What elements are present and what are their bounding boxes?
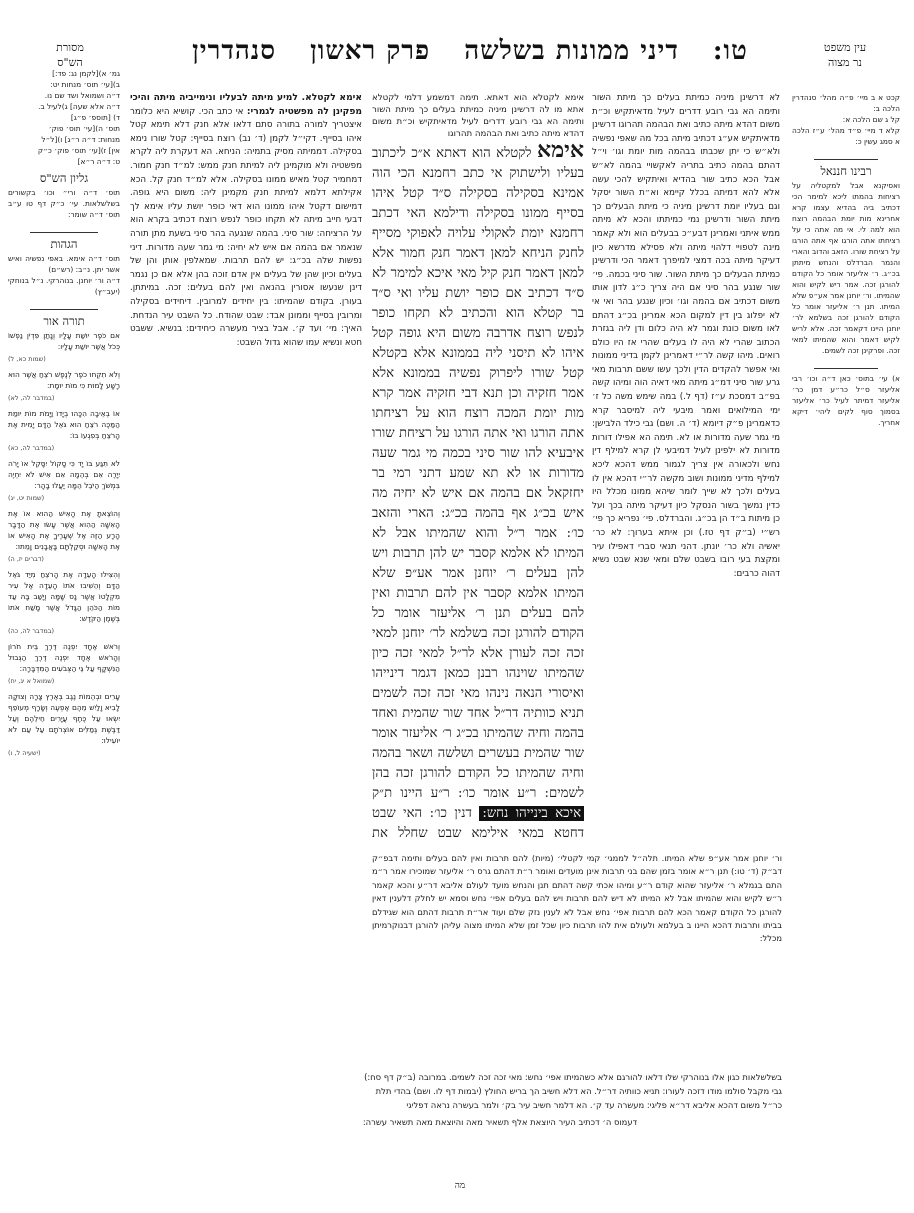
- header-ner-mitzvah: נר מצוה: [800, 55, 890, 70]
- ornament-divider: [30, 224, 97, 233]
- header-ein-mishpat: עין משפט: [800, 40, 890, 55]
- rabbeinu-chananel-title: רבינו חננאל: [792, 166, 900, 177]
- tractate-name: סנהדרין: [192, 36, 276, 66]
- perek-label: פרק ראשון: [310, 36, 430, 66]
- tosafot-text: לא דרשינן מיניה כמיתת בעלים כך מיתת השור…: [592, 92, 780, 581]
- mesoret-entry: ד״ה אלא שעה] ג)לעיל ב.: [8, 101, 120, 112]
- mesoret-entry: גמ׳ א)[לקמן נג: פד:]: [8, 68, 120, 79]
- bottom-last-line: דעמוס ה׳ דכתיב העיר היוצאת אלף תשאיר מאה…: [300, 1115, 700, 1129]
- gemara-text: אימא לקטלא הוא דאתא א״כ ליכתוב בעליו ולי…: [372, 140, 584, 840]
- torah-or-verse: עָרִים וּבְהֵמוֹת נֶגֶב בְּאֶרֶץ צָרָה ו…: [8, 691, 120, 746]
- bottom-line: כר״ל משום דהכא אליבא דר״א פליגי: מעשרה ע…: [212, 1098, 782, 1112]
- rabbeinu-chananel-text: ואסיקנא אבל למקטליה על רציחות בהמתו ליכא…: [792, 180, 900, 356]
- left-margin-column: גמ׳ א)[לקמן נג: פד:] ב)[עי׳ תוס׳ מנחות י…: [8, 68, 120, 1068]
- rashi-body: אי כתב הכי. קושיא היא כלומר איצטריך למור…: [130, 107, 362, 348]
- bottom-wide-commentary: בשלשלאות כגון אלו בנוהרקי שלו דלאו להורג…: [212, 1070, 782, 1200]
- gilyon-hashas-title: גליון הש"ס: [8, 173, 120, 184]
- daf-number: טו:: [713, 36, 748, 66]
- bottom-line: גבי מקבל סולמו מודו דזכה לעורו: תניא כוו…: [212, 1084, 782, 1098]
- mesoret-entry: אין] ז)[עי׳ תוס׳ פוק׳ כ״ק: [8, 145, 120, 156]
- ornament-divider: [814, 360, 879, 369]
- bottom-last-text: דעמוס ה׳ דכתיב העיר היוצאת אלף תשאיר מאה…: [300, 1115, 700, 1129]
- ein-mishpat-column: קכט א ב מיי׳ פ״ה מהל׳ סנהדרין הלכה ב: קל…: [792, 92, 900, 512]
- gemara-top-note: אימא לקטלא הוא דאתא. תימה דמשמע דלמי לקט…: [372, 92, 584, 136]
- verse-source: (במדבר לה, כה): [8, 626, 120, 637]
- rashi-column: אימא לקטלא. למיע מיתה לבעליו ונימייביה מ…: [130, 92, 362, 862]
- hagahot-entry: תוס׳ ד״ה אימא. באפי נפשיה ואיש אשר יתן. …: [8, 253, 120, 275]
- mesoret-entry: ב)[עי׳ תוס׳ מנחות יט:: [8, 79, 120, 90]
- torah-or-verse: לֹא תִגַּע בּוֹ יָד כִּי סָקוֹל יִסָּקֵל…: [8, 458, 120, 491]
- verse-source: (שמואל א יג, יח): [8, 676, 120, 687]
- torah-or-verse: וְרֹאשׁ אֶחָד יִפְנֶה דֶּרֶךְ בֵּית חֹרו…: [8, 641, 120, 674]
- torah-or-title: תורה אור: [8, 316, 120, 327]
- mesoret-hashas-header: מסורת הש"ס: [40, 40, 100, 70]
- verse-source: (שמות יט, יג): [8, 493, 120, 504]
- torah-or-verse: אוֹ בְאֵיבָה הִכָּהוּ בְיָדוֹ וַיָּמֹת מ…: [8, 408, 120, 441]
- ornament-divider: [814, 151, 879, 160]
- page-title: טו: דיני ממונות בשלשה פרק ראשון סנהדרין: [160, 36, 780, 66]
- rashi-text: אימא לקטלא. למיע מיתה לבעליו ונימייביה מ…: [130, 92, 362, 350]
- chapter-title: דיני ממונות בשלשה: [464, 36, 679, 66]
- hagahot-title: הגהות: [8, 239, 120, 250]
- gilyon-hashas-text: תוס׳ ד״ה ורי״ וכו׳ בקשורים בשלשלאות. עי׳…: [8, 187, 120, 220]
- gemara-top-note-text: אימא לקטלא הוא דאתא. תימה דמשמע דלמי לקט…: [372, 92, 584, 136]
- mesoret-entry: תוס׳ ה)[עי׳ תוס׳ פוק׳: [8, 123, 120, 134]
- verse-source: (שמות כא, ל): [8, 354, 120, 365]
- ein-mishpat-header: עין משפט נר מצוה: [800, 40, 890, 70]
- verse-source: (ישעיה ל, ו): [8, 748, 120, 759]
- tosafot-bottom: ור׳ יוחנן אמר אע״פ שלא המיתו. תלה״ל לממג…: [372, 852, 782, 992]
- verse-source: (במדבר לה, כא): [8, 443, 120, 454]
- bottom-line: בשלשלאות כגון אלו בנוהרקי שלו דלאו להורג…: [212, 1070, 782, 1084]
- rabbeinu-chananel-footnote: א) עי׳ בתוס׳ כאן ד״ה וכו׳ רבי אליעזר ס״ל…: [792, 373, 900, 428]
- gemara-column: אימא לקטלא הוא דאתא א״כ ליכתוב בעליו ולי…: [372, 140, 584, 840]
- tosafot-bottom-text: ור׳ יוחנן אמר אע״פ שלא המיתו. תלה״ל לממג…: [372, 852, 782, 946]
- ein-mishpat-entry: קלא ד מיי׳ פ״ד מהל׳ ע״ז הלכה א סמג עשין …: [792, 125, 900, 147]
- hagahot-entry: ד״ה ור׳ יוחנן. בנוהרקי. נ״ל בנוחקי (יעב״…: [8, 275, 120, 297]
- verse-source: (במדבר לה, לא): [8, 393, 120, 404]
- mesoret-entry: מנחות: ד״ה ר״ג] ו)[ל״ל: [8, 134, 120, 145]
- torah-or-verse: וְלֹא תִקְחוּ כֹפֶר לְנֶפֶשׁ רֹצֵחַ אֲשֶ…: [8, 369, 120, 391]
- verse-source: (דברים יז, ה): [8, 554, 120, 565]
- torah-or-verse: אם כֹּפֶר יוּשַׁת עָלָיו וְנָתַן פִּדְיֹ…: [8, 330, 120, 352]
- highlighted-phrase: איכא בינייהו נחש:: [479, 806, 584, 821]
- ein-mishpat-entry: קל ג שם הלכה א:: [792, 114, 900, 125]
- torah-or-verse: וְהוֹצֵאתָ אֶת הָאִישׁ הַהוּא אוֹ אֶת הָ…: [8, 508, 120, 552]
- tosafot-column: לא דרשינן מיניה כמיתת בעלים כך מיתת השור…: [592, 92, 780, 847]
- opening-word: אימא: [537, 140, 584, 163]
- mesoret-entry: ד״ה ושמואל ושד שם נו.: [8, 90, 120, 101]
- ein-mishpat-entry: קכט א ב מיי׳ פ״ה מהל׳ סנהדרין הלכה ב:: [792, 92, 900, 114]
- mesoret-entry: ד) [תוספ׳ פ״ג]: [8, 112, 120, 123]
- page-number: מה: [440, 1180, 480, 1191]
- ornament-divider: [30, 301, 97, 310]
- gemara-main-text: לקטלא הוא דאתא א״כ ליכתוב בעליו ולישתוק …: [372, 146, 584, 801]
- talmud-page: מסורת הש"ס טו: דיני ממונות בשלשה פרק ראש…: [0, 0, 914, 1213]
- mesoret-entry: ט: ד״ה ר״א]: [8, 156, 120, 167]
- header-mesoret: מסורת: [40, 40, 100, 55]
- torah-or-verse: וְהִצִּילוּ הָעֵדָה אֶת הָרֹצֵחַ מִיַּד …: [8, 569, 120, 624]
